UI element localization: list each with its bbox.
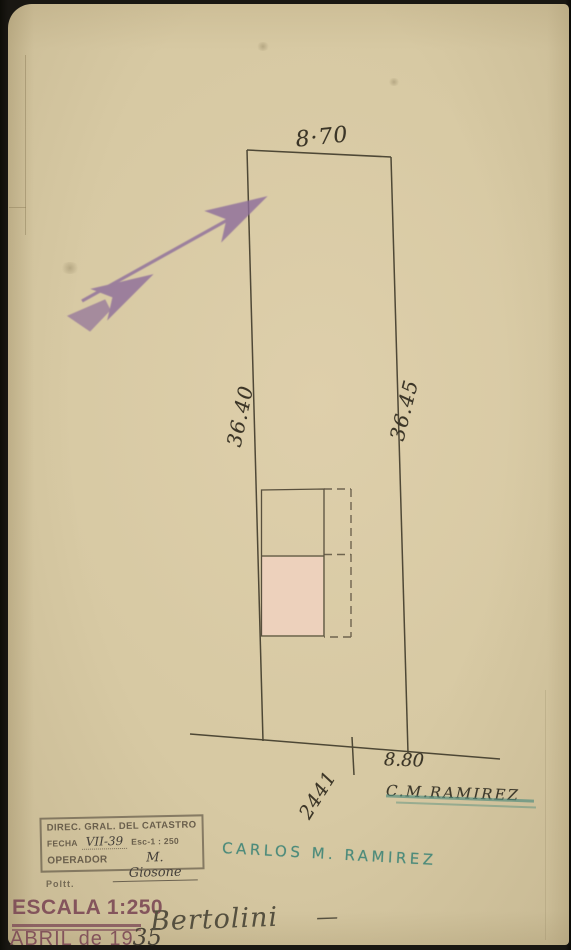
fecha-label: FECHA (47, 838, 78, 849)
operador-value: M. Giosone (112, 849, 197, 882)
surveyor-signature: Bertolini— (150, 900, 340, 938)
parcel-edge-top (247, 150, 391, 157)
stamp-title: DIREC. GRAL. DEL CATASTRO (47, 819, 197, 833)
building-extension-dashed (324, 489, 351, 637)
fecha-value: VII-39 (82, 834, 128, 850)
catastro-stamp-box: DIREC. GRAL. DEL CATASTRO FECHA VII-39 E… (39, 814, 204, 872)
street-baseline (190, 734, 500, 759)
north-arrow-icon (68, 197, 266, 331)
signature-name: Bertolini (150, 902, 279, 937)
parcel-edge-left (247, 150, 263, 741)
dimension-bottom: 8.80 (374, 749, 435, 772)
north-arrow-head (206, 197, 266, 241)
date-line: ABRIL de 1935 (10, 925, 162, 950)
escala-stamp: ESCALA 1:250 (12, 896, 163, 920)
operador-label: OPERADOR (47, 854, 107, 866)
date-stamp-printed: ABRIL de 19 (10, 928, 134, 950)
small-mark: Poltt. (46, 879, 75, 889)
building-pink-fill (262, 557, 323, 635)
north-arrow-fletch-2 (68, 300, 110, 331)
scanned-survey-plan: 8·70 36.40 36.45 8.80 2441 C.M.RAMIREZ C… (0, 0, 571, 950)
escala-label: Esc-1 : 250 (131, 836, 179, 847)
boundary-tick (352, 737, 354, 775)
signature-dash: — (316, 905, 340, 931)
